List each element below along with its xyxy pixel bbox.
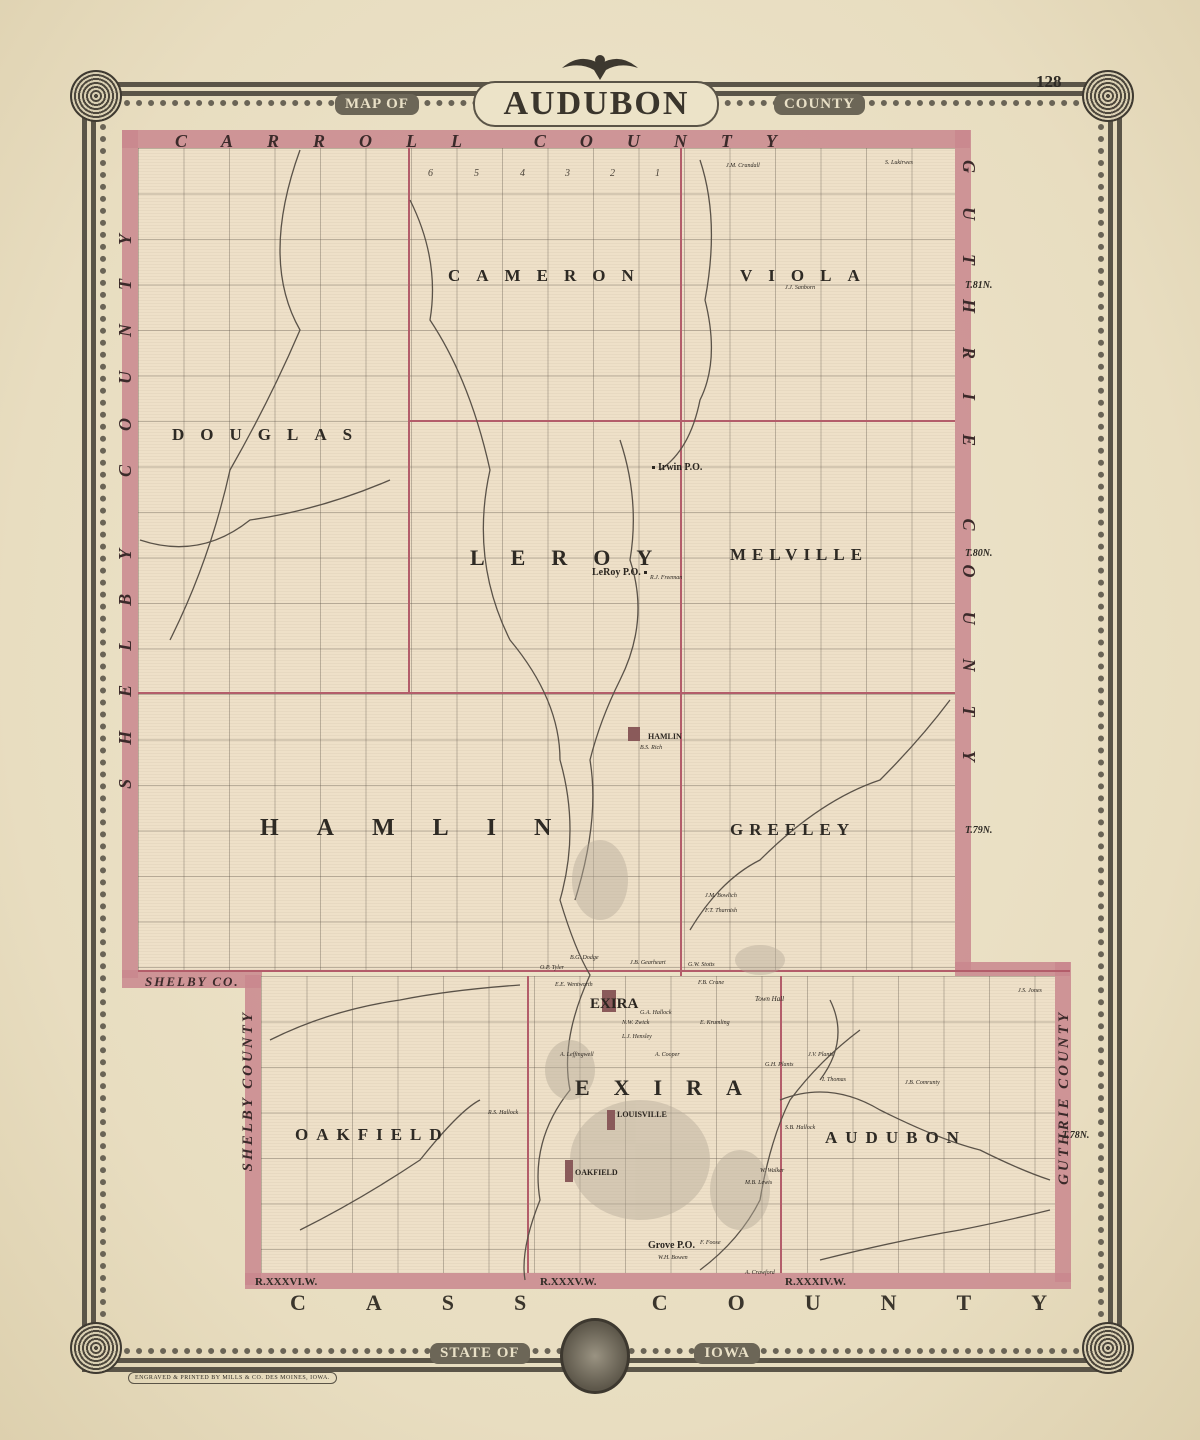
place-hamlin: HAMLIN bbox=[648, 732, 682, 741]
frame-corner-ornament bbox=[70, 1322, 122, 1374]
place-oakfield: OAKFIELD bbox=[575, 1168, 618, 1177]
landowner-label: F.B. Crane bbox=[698, 980, 724, 986]
eagle-crest-icon bbox=[560, 46, 640, 86]
landowner-label: N.W. Zwick bbox=[622, 1020, 649, 1026]
township-hamlin: HAMLIN bbox=[260, 815, 589, 842]
east-lower-county-label: GUTHRIE COUNTY bbox=[1056, 1010, 1073, 1185]
township-line bbox=[408, 420, 955, 422]
landowner-label: S. Lukirwes bbox=[885, 160, 913, 166]
range-label: R.XXXIV.W. bbox=[785, 1276, 846, 1288]
title-county: COUNTY bbox=[774, 94, 865, 115]
place-grove-po: Grove P.O. bbox=[648, 1240, 695, 1251]
town-plat-louisville bbox=[607, 1110, 615, 1130]
landowner-label: A. Leffingwell bbox=[560, 1052, 594, 1058]
section-number: 5 bbox=[474, 168, 479, 179]
township-line bbox=[138, 970, 1070, 972]
landowner-label: A. Crawford bbox=[745, 1270, 775, 1276]
landowner-label: G.W. Stotts bbox=[688, 962, 715, 968]
section-number: 6 bbox=[428, 168, 433, 179]
township-line bbox=[138, 692, 955, 694]
township-line bbox=[780, 976, 782, 1273]
landowner-label: J.B. Gearheart bbox=[630, 960, 666, 966]
town-plat-hamlin bbox=[628, 727, 640, 741]
landowner-label: S.B. Hallock bbox=[785, 1125, 815, 1131]
landowner-label: J.B. Comrunty bbox=[905, 1080, 940, 1086]
frame-corner-ornament bbox=[1082, 1322, 1134, 1374]
township-exira: EXIRA bbox=[575, 1075, 766, 1101]
east-step-band bbox=[955, 962, 1070, 976]
landowner-label: R.J. Freeman bbox=[650, 575, 682, 581]
place-leroy-po: LeRoy P.O. bbox=[592, 567, 650, 578]
south-boundary-band bbox=[245, 1273, 1071, 1289]
place-town-hall: Town Hall bbox=[755, 995, 784, 1003]
landowner-label: J.M. Crandall bbox=[726, 163, 760, 169]
landowner-label: R.S. Hallock bbox=[488, 1110, 518, 1116]
range-label: R.XXXVI.W. bbox=[255, 1276, 317, 1288]
landowner-label: M.B. Lewis bbox=[745, 1180, 772, 1186]
township-greeley: GREELEY bbox=[730, 820, 855, 840]
shelby-co-label: SHELBY CO. bbox=[145, 974, 240, 990]
township-audubon: AUDUBON bbox=[825, 1128, 967, 1148]
landowner-label: W. Walker bbox=[760, 1168, 784, 1174]
map-page: MAP OF AUDUBON COUNTY 128 bbox=[0, 0, 1200, 1440]
section-number: 2 bbox=[610, 168, 615, 179]
landowner-label: I. Thomas bbox=[822, 1077, 846, 1083]
section-number: 3 bbox=[565, 168, 570, 179]
landowner-label: E.E. Wentworth bbox=[555, 982, 593, 988]
landowner-label: J.J. Sanborn bbox=[785, 285, 815, 291]
section-number: 4 bbox=[520, 168, 525, 179]
landowner-label: B.G. Dodge bbox=[570, 955, 599, 961]
frame-corner-ornament bbox=[1082, 70, 1134, 122]
engraver-credit: ENGRAVED & PRINTED BY MILLS & CO. DES MO… bbox=[128, 1372, 337, 1384]
landowner-label: J.S. Jones bbox=[1018, 988, 1042, 994]
north-county-label: CARROLL COUNTY bbox=[175, 131, 811, 152]
township-line bbox=[680, 148, 682, 976]
township-viola: VIOLA bbox=[740, 266, 876, 286]
township-line bbox=[527, 976, 529, 1273]
map-title: MAP OF AUDUBON COUNTY bbox=[335, 84, 865, 124]
page-number: 128 bbox=[1036, 72, 1062, 92]
south-county-label: CASS COUNTY bbox=[290, 1290, 1107, 1316]
landowner-label: B.S. Rich bbox=[640, 745, 662, 751]
landowner-label: E. Krumling bbox=[700, 1020, 730, 1026]
place-louisville: LOUISVILLE bbox=[617, 1110, 667, 1119]
landowner-label: A. Cooper bbox=[655, 1052, 680, 1058]
township-number-label: T.80N. bbox=[965, 548, 992, 559]
place-irwin-po: Irwin P.O. bbox=[652, 462, 702, 473]
township-number-label: T.79N. bbox=[965, 825, 992, 836]
landowner-label: F. Foose bbox=[700, 1240, 721, 1246]
landowner-label: J.M. Bowlich bbox=[705, 893, 737, 899]
range-label: R.XXXV.W. bbox=[540, 1276, 597, 1288]
landowner-label: G.A. Hallock bbox=[640, 1010, 672, 1016]
landowner-label: G.H. Plants bbox=[765, 1062, 794, 1068]
landowner-label: J.V. Plants bbox=[808, 1052, 833, 1058]
township-oakfield: OAKFIELD bbox=[295, 1125, 450, 1145]
township-douglas: DOUGLAS bbox=[172, 425, 368, 445]
frame-corner-ornament bbox=[70, 70, 122, 122]
footer-state-of: STATE OF bbox=[430, 1343, 530, 1364]
township-number-label: T.81N. bbox=[965, 280, 992, 291]
landowner-label: O.P. Tyler bbox=[540, 965, 564, 971]
township-cameron: CAMERON bbox=[448, 266, 650, 286]
title-county-name: AUDUBON bbox=[473, 81, 719, 127]
town-plat-oakfield bbox=[565, 1160, 573, 1182]
east-county-label: GUTHRIE COUNTY bbox=[958, 160, 979, 796]
township-melville: MELVILLE bbox=[730, 545, 868, 565]
township-number-label: T.78N. bbox=[1062, 1130, 1089, 1141]
landowner-label: L.J. Hensley bbox=[622, 1034, 652, 1040]
footer-state-title: STATE OF IOWA bbox=[430, 1340, 760, 1366]
west-county-label: SHELBY COUNTY bbox=[115, 200, 136, 789]
title-map-of: MAP OF bbox=[335, 94, 419, 115]
west-lower-county-label: SHELBY COUNTY bbox=[240, 1010, 257, 1171]
footer-state-name: IOWA bbox=[694, 1343, 760, 1364]
place-exira: EXIRA bbox=[590, 996, 638, 1013]
landowner-label: W.H. Bowen bbox=[658, 1255, 688, 1261]
section-number: 1 bbox=[655, 168, 660, 179]
landowner-label: F.T. Tharnish bbox=[705, 908, 737, 914]
